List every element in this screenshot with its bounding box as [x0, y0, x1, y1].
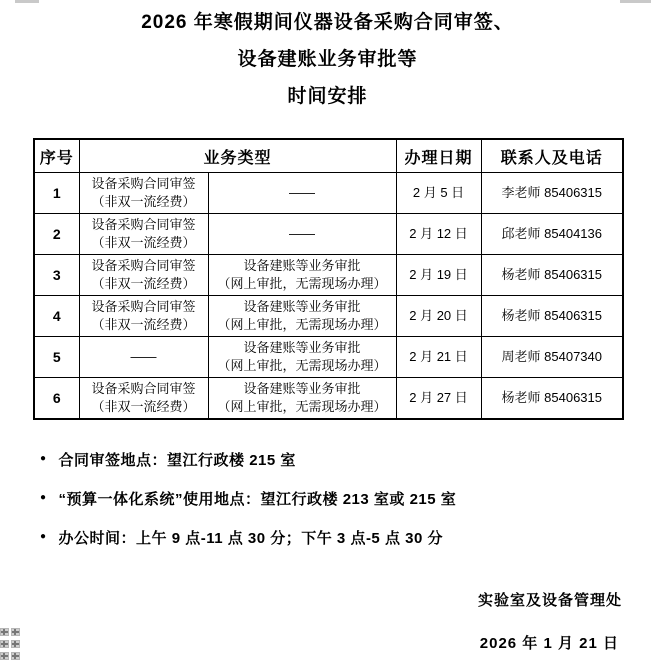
signature-date: 2026 年 1 月 21 日: [480, 632, 619, 653]
scrollbar-fragment-top-right-icon: [620, 0, 651, 3]
row-business-b: 设备建账等业务审批 （网上审批，无需现场办理）: [208, 337, 396, 378]
missing-glyph-icon: [12, 641, 19, 647]
list-item: ● “预算一体化系统”使用地点：望江行政楼 213 室或 215 室: [40, 487, 456, 509]
table-row: 6 设备采购合同审签 （非双一流经费） 设备建账等业务审批 （网上审批，无需现场…: [34, 378, 623, 420]
list-item: ● 合同审签地点：望江行政楼 215 室: [40, 448, 456, 470]
row-business-b: 设备建账等业务审批 （网上审批，无需现场办理）: [208, 255, 396, 296]
schedule-table: 序号 业务类型 办理日期 联系人及电话 1 设备采购合同审签 （非双一流经费） …: [33, 138, 624, 420]
row-date: 2 月 19 日: [396, 255, 481, 296]
missing-glyph-icon: [12, 629, 19, 635]
title-line-3: 时间安排: [0, 78, 655, 115]
header-business-type: 业务类型: [79, 139, 396, 173]
row-contact: 杨老师 85406315: [481, 255, 623, 296]
title-line-2: 设备建账业务审批等: [0, 41, 655, 78]
table-header-row: 序号 业务类型 办理日期 联系人及电话: [34, 139, 623, 173]
bullet-icon: ●: [40, 532, 47, 542]
table-row: 1 设备采购合同审签 （非双一流经费） —— 2 月 5 日 李老师 85406…: [34, 173, 623, 214]
header-contact: 联系人及电话: [481, 139, 623, 173]
row-business-a: 设备采购合同审签 （非双一流经费）: [79, 214, 208, 255]
missing-glyph-icon: [12, 653, 19, 659]
scrollbar-fragment-top-left-icon: [15, 0, 39, 3]
row-no: 1: [34, 173, 79, 214]
notes-list: ● 合同审签地点：望江行政楼 215 室 ● “预算一体化系统”使用地点：望江行…: [40, 448, 456, 565]
bullet-icon: ●: [40, 493, 47, 503]
table-row: 5 —— 设备建账等业务审批 （网上审批，无需现场办理） 2 月 21 日 周老…: [34, 337, 623, 378]
row-business-b: 设备建账等业务审批 （网上审批，无需现场办理）: [208, 296, 396, 337]
row-no: 3: [34, 255, 79, 296]
row-business-b: ——: [208, 214, 396, 255]
missing-glyph-grid-icon: [1, 629, 19, 659]
row-date: 2 月 27 日: [396, 378, 481, 420]
missing-glyph-icon: [1, 641, 8, 647]
row-date: 2 月 21 日: [396, 337, 481, 378]
document-page: 2026 年寒假期间仪器设备采购合同审签、 设备建账业务审批等 时间安排 序号 …: [0, 0, 655, 669]
row-business-a: 设备采购合同审签 （非双一流经费）: [79, 173, 208, 214]
row-business-b: ——: [208, 173, 396, 214]
row-contact: 杨老师 85406315: [481, 378, 623, 420]
row-date: 2 月 5 日: [396, 173, 481, 214]
signature-org: 实验室及设备管理处: [478, 589, 622, 610]
header-date: 办理日期: [396, 139, 481, 173]
header-no: 序号: [34, 139, 79, 173]
document-title: 2026 年寒假期间仪器设备采购合同审签、 设备建账业务审批等 时间安排: [0, 4, 655, 115]
note-text: “预算一体化系统”使用地点：望江行政楼 213 室或 215 室: [59, 488, 457, 509]
missing-glyph-icon: [1, 629, 8, 635]
row-no: 6: [34, 378, 79, 420]
table-row: 4 设备采购合同审签 （非双一流经费） 设备建账等业务审批 （网上审批，无需现场…: [34, 296, 623, 337]
row-business-b: 设备建账等业务审批 （网上审批，无需现场办理）: [208, 378, 396, 420]
title-line-1: 2026 年寒假期间仪器设备采购合同审签、: [0, 4, 655, 41]
list-item: ● 办公时间：上午 9 点-11 点 30 分；下午 3 点-5 点 30 分: [40, 526, 456, 548]
row-contact: 邱老师 85404136: [481, 214, 623, 255]
missing-glyph-icon: [1, 653, 8, 659]
table-row: 3 设备采购合同审签 （非双一流经费） 设备建账等业务审批 （网上审批，无需现场…: [34, 255, 623, 296]
row-contact: 李老师 85406315: [481, 173, 623, 214]
row-no: 5: [34, 337, 79, 378]
row-business-a: 设备采购合同审签 （非双一流经费）: [79, 296, 208, 337]
row-date: 2 月 12 日: [396, 214, 481, 255]
row-business-a: 设备采购合同审签 （非双一流经费）: [79, 378, 208, 420]
row-contact: 周老师 85407340: [481, 337, 623, 378]
table-row: 2 设备采购合同审签 （非双一流经费） —— 2 月 12 日 邱老师 8540…: [34, 214, 623, 255]
row-business-a: 设备采购合同审签 （非双一流经费）: [79, 255, 208, 296]
row-date: 2 月 20 日: [396, 296, 481, 337]
row-contact: 杨老师 85406315: [481, 296, 623, 337]
note-text: 合同审签地点：望江行政楼 215 室: [59, 449, 296, 470]
bullet-icon: ●: [40, 454, 47, 464]
note-text: 办公时间：上午 9 点-11 点 30 分；下午 3 点-5 点 30 分: [59, 527, 443, 548]
row-business-a: ——: [79, 337, 208, 378]
row-no: 4: [34, 296, 79, 337]
row-no: 2: [34, 214, 79, 255]
